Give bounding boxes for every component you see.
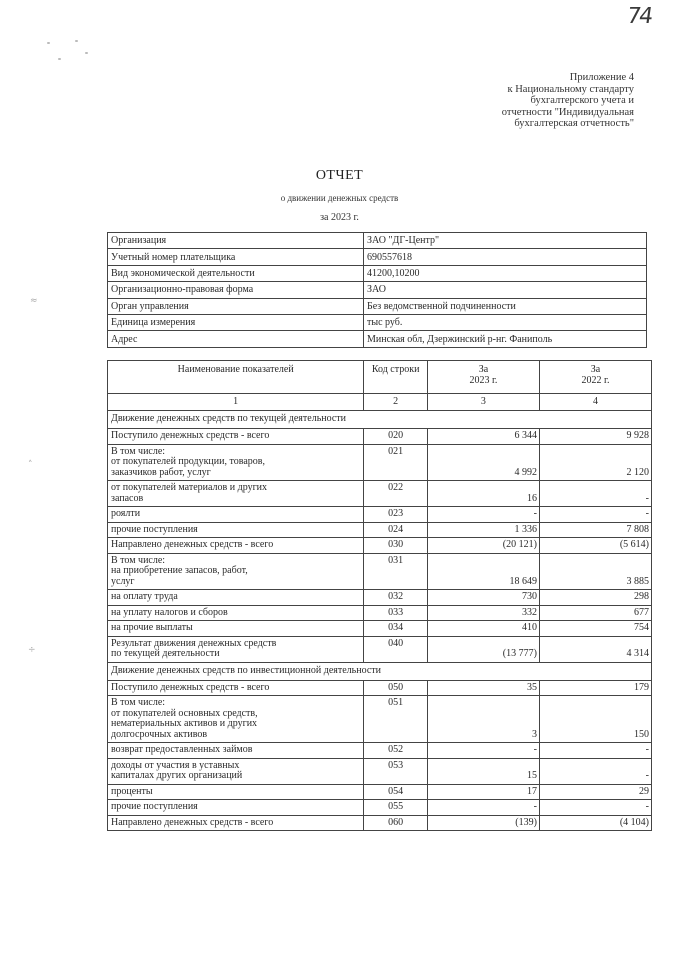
value-2022: 7 808 — [539, 522, 651, 538]
value-2022: 9 928 — [539, 429, 651, 445]
handwritten-page-number: 74 — [625, 4, 653, 29]
value-2022: 150 — [539, 696, 651, 743]
table-header-row: Наименование показателей Код строки За 2… — [108, 361, 652, 394]
row-code: 031 — [364, 553, 428, 590]
table-row: возврат предоставленных займов052-- — [108, 743, 652, 759]
table-row: проценты0541729 — [108, 784, 652, 800]
value-2023: 17 — [427, 784, 539, 800]
table-row: на уплату налогов и сборов033332677 — [108, 605, 652, 621]
info-row: Орган управленияБез ведомственной подчин… — [108, 298, 647, 314]
info-label: Орган управления — [108, 298, 364, 314]
column-number-row: 1 2 3 4 — [108, 394, 652, 411]
indicator-name: от покупателей материалов и других запас… — [108, 481, 364, 507]
info-value: 690557618 — [364, 249, 647, 265]
section-title: Движение денежных средств по инвестицион… — [108, 662, 652, 680]
indicator-name: Направлено денежных средств - всего — [108, 815, 364, 831]
table-row: В том числе: от покупателей основных сре… — [108, 696, 652, 743]
scan-speck — [47, 42, 50, 44]
indicator-name: Результат движения денежных средств по т… — [108, 636, 364, 662]
value-2022: 677 — [539, 605, 651, 621]
value-2022: 3 885 — [539, 553, 651, 590]
row-code: 051 — [364, 696, 428, 743]
info-label: Вид экономической деятельности — [108, 265, 364, 281]
info-row: АдресМинская обл, Дзержинский р-нг. Фани… — [108, 331, 647, 347]
table-row: на оплату труда032730298 — [108, 590, 652, 606]
value-2022: 29 — [539, 784, 651, 800]
value-2022: (4 104) — [539, 815, 651, 831]
column-number: 1 — [108, 394, 364, 411]
scan-speck — [75, 40, 78, 42]
value-2023: (139) — [427, 815, 539, 831]
table-row: прочие поступления0241 3367 808 — [108, 522, 652, 538]
margin-mark: ÷ — [28, 645, 36, 655]
indicator-name: Поступило денежных средств - всего — [108, 429, 364, 445]
row-code: 053 — [364, 758, 428, 784]
info-label: Адрес — [108, 331, 364, 347]
info-row: Единица измерениятыс руб. — [108, 314, 647, 330]
row-code: 021 — [364, 444, 428, 481]
value-2023: 1 336 — [427, 522, 539, 538]
column-number: 2 — [364, 394, 428, 411]
row-code: 032 — [364, 590, 428, 606]
row-code: 055 — [364, 800, 428, 816]
value-2022: 2 120 — [539, 444, 651, 481]
section-header-row: Движение денежных средств по инвестицион… — [108, 662, 652, 680]
info-value: ЗАО — [364, 282, 647, 298]
info-row: Вид экономической деятельности41200,1020… — [108, 265, 647, 281]
value-2022: - — [539, 758, 651, 784]
value-2023: 730 — [427, 590, 539, 606]
info-label: Организация — [108, 233, 364, 249]
table-row: В том числе: от покупателей продукции, т… — [108, 444, 652, 481]
info-row: Учетный номер плательщика690557618 — [108, 249, 647, 265]
indicator-name: Поступило денежных средств - всего — [108, 680, 364, 696]
value-2023: 16 — [427, 481, 539, 507]
section-title: Движение денежных средств по текущей дея… — [108, 411, 652, 429]
value-2023: 35 — [427, 680, 539, 696]
indicator-name: В том числе: на приобретение запасов, ра… — [108, 553, 364, 590]
table-row: В том числе: на приобретение запасов, ра… — [108, 553, 652, 590]
indicator-name: на уплату налогов и сборов — [108, 605, 364, 621]
row-code: 034 — [364, 621, 428, 637]
row-code: 054 — [364, 784, 428, 800]
value-2023: 18 649 — [427, 553, 539, 590]
table-row: роялти023-- — [108, 507, 652, 523]
info-value: Минская обл, Дзержинский р-нг. Фаниполь — [364, 331, 647, 347]
indicator-name: В том числе: от покупателей продукции, т… — [108, 444, 364, 481]
row-code: 030 — [364, 538, 428, 554]
column-header-name: Наименование показателей — [108, 361, 364, 394]
indicator-name: В том числе: от покупателей основных сре… — [108, 696, 364, 743]
row-code: 060 — [364, 815, 428, 831]
column-header-2022: За 2022 г. — [539, 361, 651, 394]
value-2022: - — [539, 481, 651, 507]
report-title: ОТЧЕТ — [0, 168, 679, 184]
table-row: Направлено денежных средств - всего060(1… — [108, 815, 652, 831]
value-2022: - — [539, 743, 651, 759]
column-header-2023: За 2023 г. — [427, 361, 539, 394]
row-code: 023 — [364, 507, 428, 523]
value-2023: 3 — [427, 696, 539, 743]
appendix-line: отчетности "Индивидуальная — [374, 107, 634, 119]
info-value: Без ведомственной подчиненности — [364, 298, 647, 314]
row-code: 040 — [364, 636, 428, 662]
value-2022: 298 — [539, 590, 651, 606]
indicator-name: доходы от участия в уставных капиталах д… — [108, 758, 364, 784]
value-2022: 754 — [539, 621, 651, 637]
row-code: 033 — [364, 605, 428, 621]
indicator-name: на прочие выплаты — [108, 621, 364, 637]
table-row: на прочие выплаты034410754 — [108, 621, 652, 637]
value-2022: 4 314 — [539, 636, 651, 662]
info-value: 41200,10200 — [364, 265, 647, 281]
info-label: Учетный номер плательщика — [108, 249, 364, 265]
value-2022: (5 614) — [539, 538, 651, 554]
info-value: тыс руб. — [364, 314, 647, 330]
report-subtitle: о движении денежных средств — [0, 193, 679, 203]
row-code: 022 — [364, 481, 428, 507]
organization-info-table: ОрганизацияЗАО "ДГ-Центр"Учетный номер п… — [107, 232, 647, 348]
row-code: 050 — [364, 680, 428, 696]
table-row: Направлено денежных средств - всего030(2… — [108, 538, 652, 554]
column-number: 3 — [427, 394, 539, 411]
info-value: ЗАО "ДГ-Центр" — [364, 233, 647, 249]
table-row: Поступило денежных средств - всего0206 3… — [108, 429, 652, 445]
value-2022: - — [539, 800, 651, 816]
table-row: прочие поступления055-- — [108, 800, 652, 816]
appendix-line: к Национальному стандарту — [374, 84, 634, 96]
value-2023: - — [427, 507, 539, 523]
table-row: Поступило денежных средств - всего050351… — [108, 680, 652, 696]
indicator-name: Направлено денежных средств - всего — [108, 538, 364, 554]
value-2023: 332 — [427, 605, 539, 621]
indicator-name: прочие поступления — [108, 522, 364, 538]
appendix-line: бухгалтерская отчетность" — [374, 118, 634, 130]
appendix-note: Приложение 4 к Национальному стандарту б… — [374, 72, 634, 130]
indicator-name: прочие поступления — [108, 800, 364, 816]
info-label: Организационно-правовая форма — [108, 282, 364, 298]
value-2023: (13 777) — [427, 636, 539, 662]
indicator-name: проценты — [108, 784, 364, 800]
info-label: Единица измерения — [108, 314, 364, 330]
value-2023: (20 121) — [427, 538, 539, 554]
table-row: доходы от участия в уставных капиталах д… — [108, 758, 652, 784]
column-number: 4 — [539, 394, 651, 411]
scan-speck — [58, 58, 61, 60]
value-2022: - — [539, 507, 651, 523]
value-2023: 4 992 — [427, 444, 539, 481]
appendix-line: Приложение 4 — [374, 72, 634, 84]
value-2023: - — [427, 743, 539, 759]
indicator-name: роялти — [108, 507, 364, 523]
indicator-name: возврат предоставленных займов — [108, 743, 364, 759]
appendix-line: бухгалтерского учета и — [374, 95, 634, 107]
margin-mark: ˄ — [28, 460, 33, 470]
value-2023: - — [427, 800, 539, 816]
column-header-code: Код строки — [364, 361, 428, 394]
cash-flow-table: Наименование показателей Код строки За 2… — [107, 360, 652, 831]
scan-speck — [85, 52, 88, 54]
value-2023: 410 — [427, 621, 539, 637]
row-code: 052 — [364, 743, 428, 759]
info-row: ОрганизацияЗАО "ДГ-Центр" — [108, 233, 647, 249]
info-row: Организационно-правовая формаЗАО — [108, 282, 647, 298]
row-code: 020 — [364, 429, 428, 445]
indicator-name: на оплату труда — [108, 590, 364, 606]
row-code: 024 — [364, 522, 428, 538]
value-2023: 15 — [427, 758, 539, 784]
table-row: от покупателей материалов и других запас… — [108, 481, 652, 507]
section-header-row: Движение денежных средств по текущей дея… — [108, 411, 652, 429]
value-2023: 6 344 — [427, 429, 539, 445]
value-2022: 179 — [539, 680, 651, 696]
report-period: за 2023 г. — [0, 212, 679, 223]
margin-mark: ≈ — [30, 296, 38, 306]
table-row: Результат движения денежных средств по т… — [108, 636, 652, 662]
